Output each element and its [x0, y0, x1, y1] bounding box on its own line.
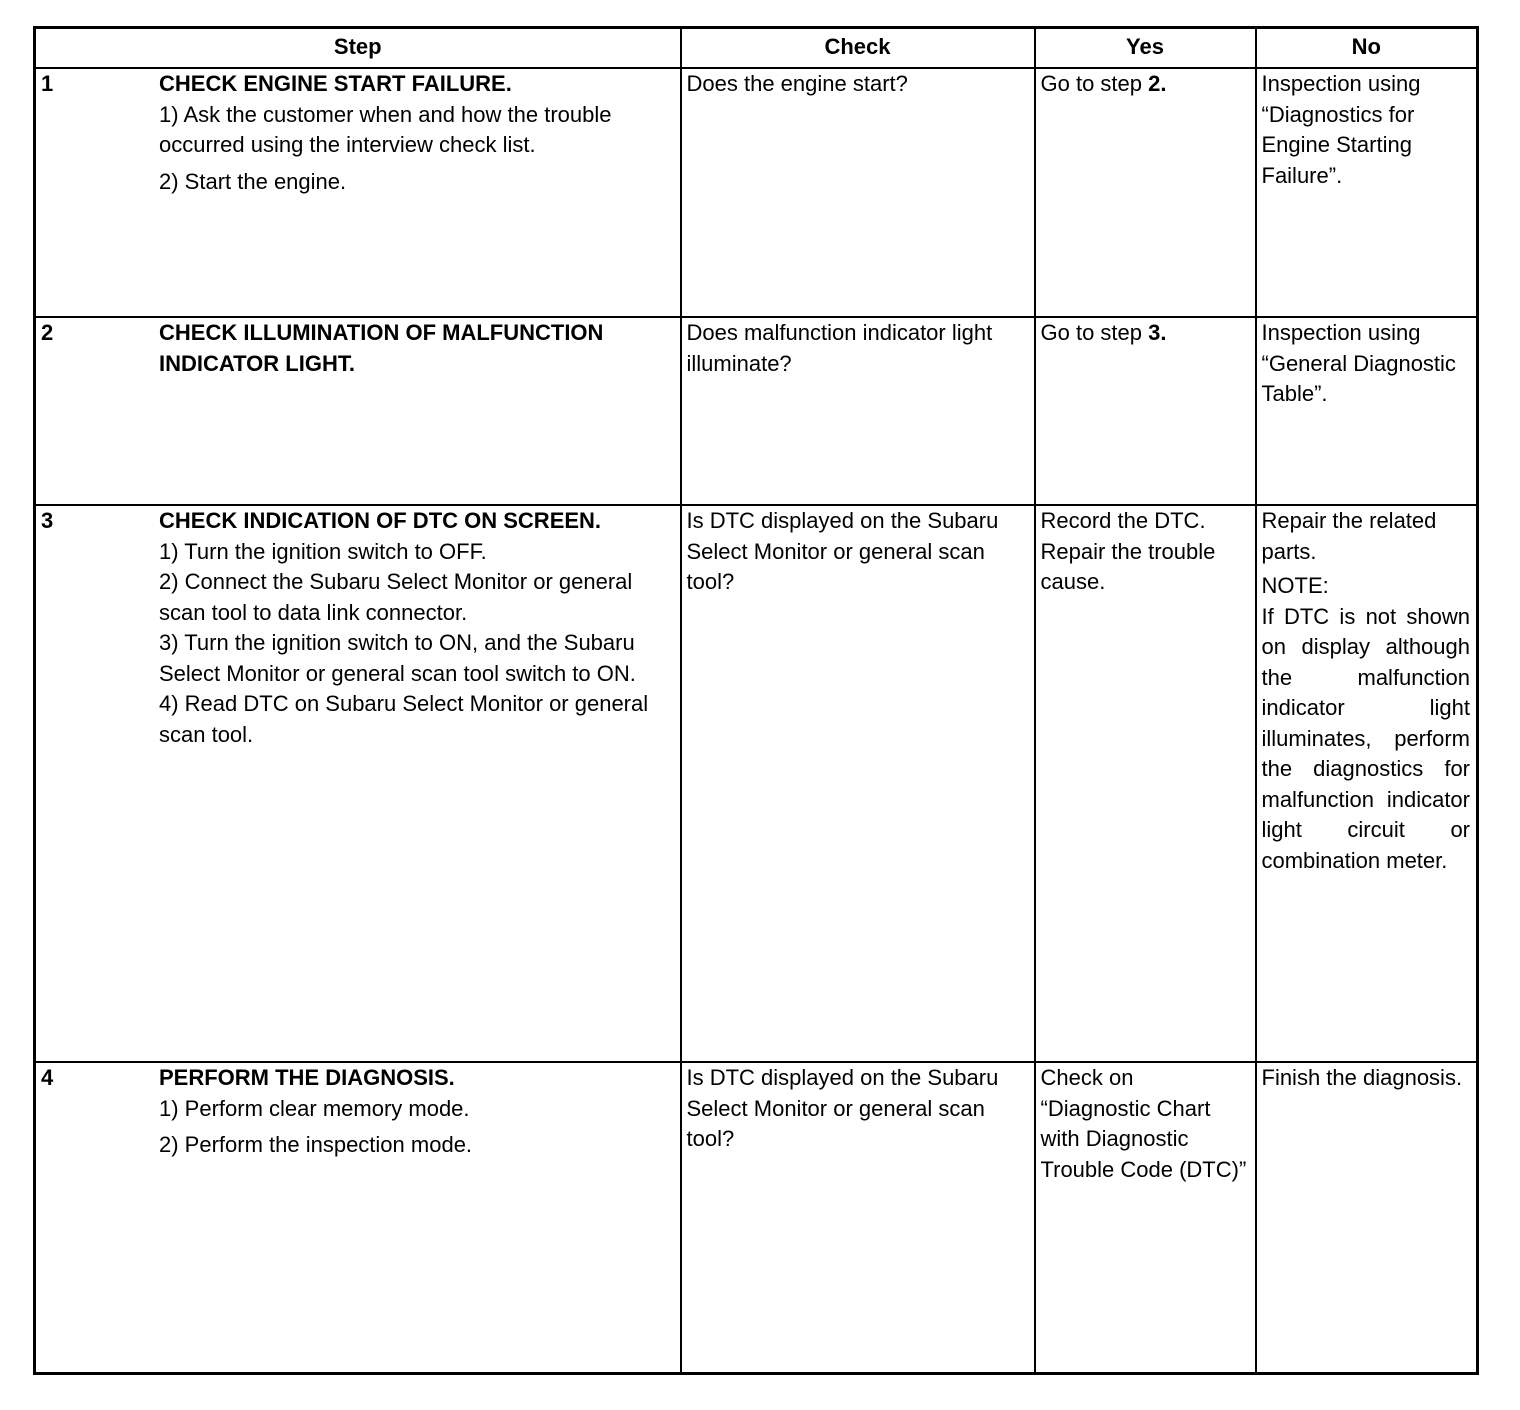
- no-text: Finish the diagnosis.: [1262, 1063, 1471, 1094]
- table-row-step-3: 3 CHECK INDICATION OF DTC ON SCREEN. 1) …: [35, 505, 1478, 1062]
- diagnostic-table: Step Check Yes No 1 CHECK ENGINE START F…: [33, 26, 1479, 1375]
- no-text: Inspection using “General Diagnostic Tab…: [1262, 318, 1471, 410]
- note-label: NOTE:: [1262, 571, 1471, 602]
- header-step: Step: [35, 28, 681, 69]
- table-row-step-1: 1 CHECK ENGINE START FAILURE. 1) Ask the…: [35, 68, 1478, 317]
- step-number: 3: [41, 506, 53, 537]
- no-cell: Inspection using “General Diagnostic Tab…: [1256, 317, 1478, 505]
- step-cell: 4 PERFORM THE DIAGNOSIS. 1) Perform clea…: [35, 1062, 681, 1374]
- no-cell: Finish the diagnosis.: [1256, 1062, 1478, 1374]
- note-text: If DTC is not shown on display although …: [1262, 602, 1471, 877]
- no-text: Inspection using “Diagnostics for Engine…: [1262, 69, 1471, 191]
- check-cell: Is DTC displayed on the Subaru Select Mo…: [681, 505, 1035, 1062]
- table-row-step-4: 4 PERFORM THE DIAGNOSIS. 1) Perform clea…: [35, 1062, 1478, 1374]
- step-number: 4: [41, 1063, 53, 1094]
- table-row-step-2: 2 CHECK ILLUMINATION OF MALFUNCTION INDI…: [35, 317, 1478, 505]
- header-no: No: [1256, 28, 1478, 69]
- substep: 4) Read DTC on Subaru Select Monitor or …: [159, 689, 674, 750]
- step-cell: 3 CHECK INDICATION OF DTC ON SCREEN. 1) …: [35, 505, 681, 1062]
- check-cell: Does malfunction indicator light illumin…: [681, 317, 1035, 505]
- substep: 3) Turn the ignition switch to ON, and t…: [159, 628, 674, 689]
- yes-cell: Go to step 3.: [1035, 317, 1256, 505]
- check-cell: Is DTC displayed on the Subaru Select Mo…: [681, 1062, 1035, 1374]
- yes-cell: Check on “Diagnostic Chart with Diagnost…: [1035, 1062, 1256, 1374]
- substep: 2) Connect the Subaru Select Monitor or …: [159, 567, 674, 628]
- yes-cell: Record the DTC. Repair the trouble cause…: [1035, 505, 1256, 1062]
- substep: 1) Ask the customer when and how the tro…: [159, 100, 674, 161]
- step-number: 2: [41, 318, 53, 349]
- check-cell: Does the engine start?: [681, 68, 1035, 317]
- step-title: CHECK ENGINE START FAILURE.: [159, 69, 674, 100]
- no-cell: Repair the related parts.NOTE:If DTC is …: [1256, 505, 1478, 1062]
- step-title: PERFORM THE DIAGNOSIS.: [159, 1063, 674, 1094]
- step-title: CHECK ILLUMINATION OF MALFUNCTION INDICA…: [159, 318, 674, 379]
- header-row: Step Check Yes No: [35, 28, 1478, 69]
- no-text: Repair the related parts.: [1262, 506, 1471, 567]
- substep: 1) Turn the ignition switch to OFF.: [159, 537, 674, 568]
- header-yes: Yes: [1035, 28, 1256, 69]
- yes-cell: Go to step 2.: [1035, 68, 1256, 317]
- substep: 2) Start the engine.: [159, 167, 674, 198]
- step-cell: 2 CHECK ILLUMINATION OF MALFUNCTION INDI…: [35, 317, 681, 505]
- substep: 1) Perform clear memory mode.: [159, 1094, 674, 1125]
- substep: 2) Perform the inspection mode.: [159, 1130, 674, 1161]
- no-cell: Inspection using “Diagnostics for Engine…: [1256, 68, 1478, 317]
- step-cell: 1 CHECK ENGINE START FAILURE. 1) Ask the…: [35, 68, 681, 317]
- step-title: CHECK INDICATION OF DTC ON SCREEN.: [159, 506, 674, 537]
- step-number: 1: [41, 69, 53, 100]
- header-check: Check: [681, 28, 1035, 69]
